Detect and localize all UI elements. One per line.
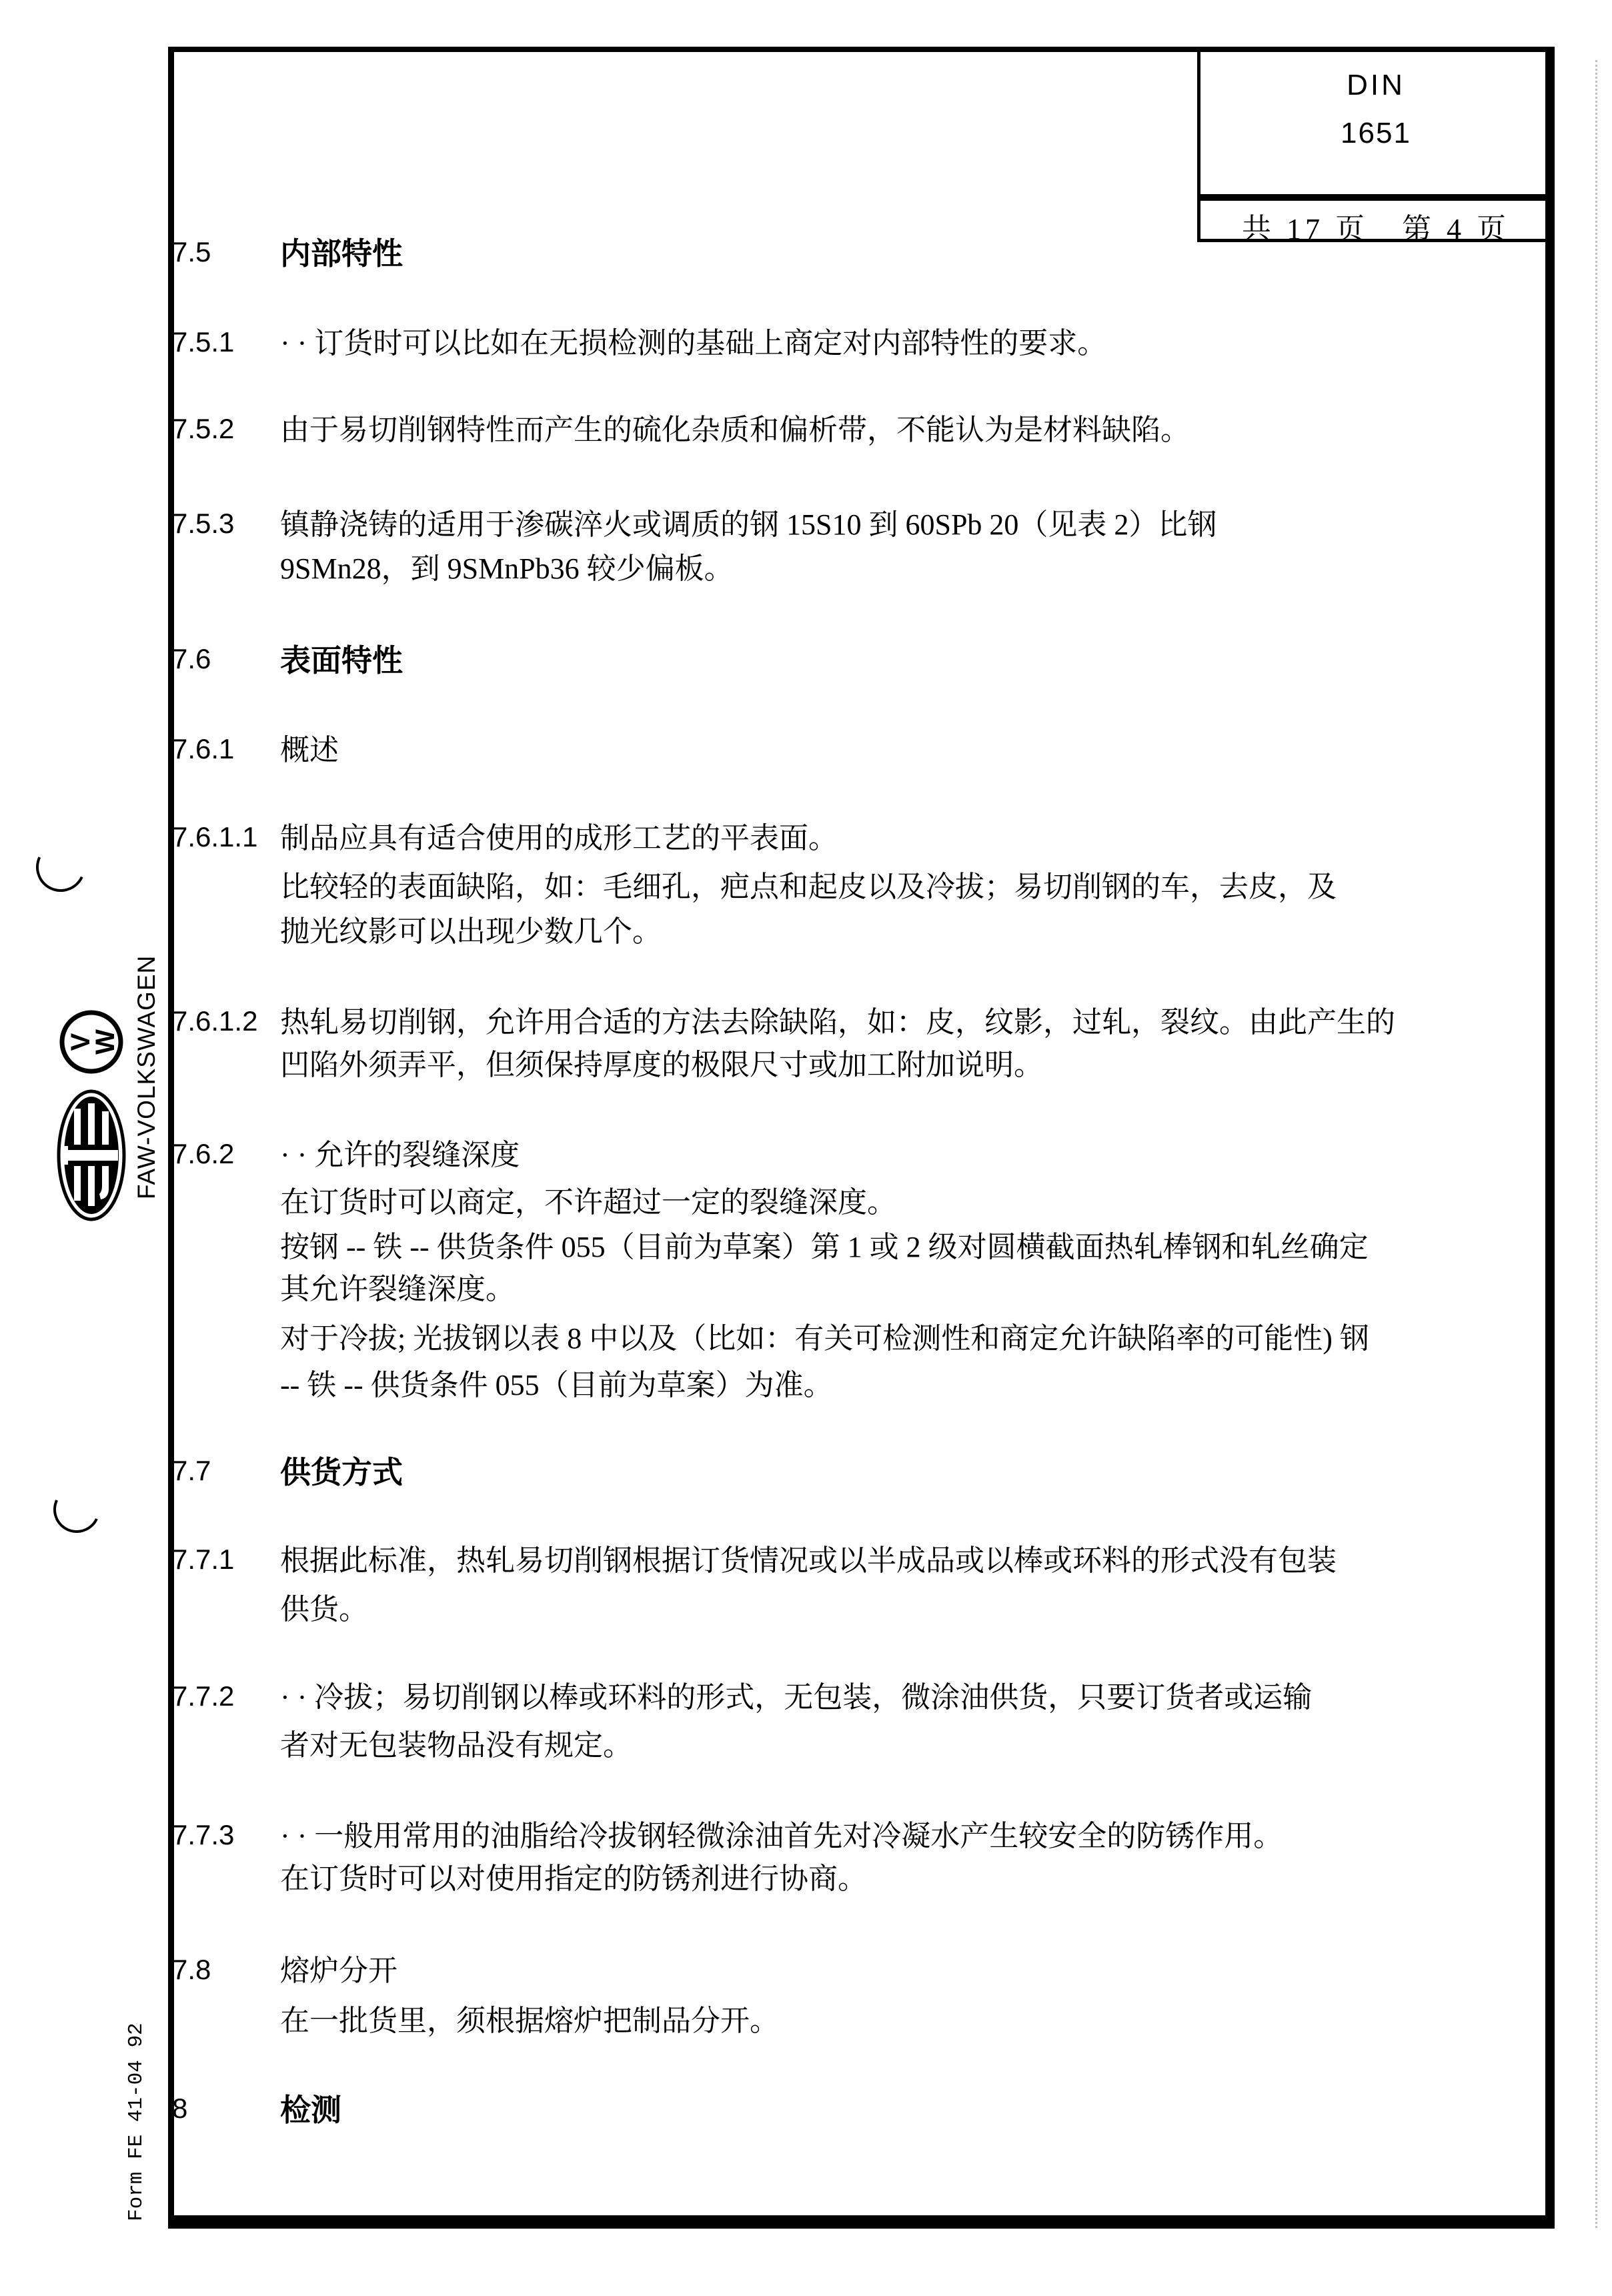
section-line: 凹陷外须弄平，但须保持厚度的极限尺寸或加工附加说明。 <box>280 1045 1043 1085</box>
page-number-box: 共 17 页 第 4 页 <box>1197 197 1555 242</box>
section-number: 7.5.1 <box>172 324 234 361</box>
punch-hole-artifact <box>47 1480 107 1540</box>
section-number: 7.7.3 <box>172 1816 234 1854</box>
section-number: 7.5.3 <box>172 505 234 542</box>
section-heading: 表面特性 <box>280 640 403 680</box>
standard-number: 1651 <box>1200 117 1551 150</box>
section-line: · · 订货时可以比如在无损检测的基础上商定对内部特性的要求。 <box>280 324 1106 364</box>
standard-org: DIN <box>1200 69 1551 102</box>
section-number: 7.6.2 <box>172 1135 234 1173</box>
section-line: 在订货时可以对使用指定的防锈剂进行协商。 <box>280 1859 867 1899</box>
section-number: 7.8 <box>172 1951 211 1988</box>
section-number: 7.5 <box>172 233 211 271</box>
section-line: 制品应具有适合使用的成形工艺的平表面。 <box>280 818 838 858</box>
faw-logo-icon <box>56 1089 127 1222</box>
section-line: 9SMn28，到 9SMnPb36 较少偏板。 <box>280 549 734 589</box>
section-line: 概述 <box>280 730 339 770</box>
section-number: 8 <box>172 2090 187 2127</box>
section-line: 对于冷拔; 光拔钢以表 8 中以及（比如：有关可检测性和商定允许缺陷率的可能性)… <box>280 1319 1369 1359</box>
section-line: 熔炉分开 <box>280 1951 397 1991</box>
section-number: 7.6.1.1 <box>172 818 257 856</box>
section-line: 抛光纹影可以出现少数几个。 <box>280 912 662 952</box>
section-heading: 内部特性 <box>280 233 403 273</box>
section-number: 7.7.1 <box>172 1541 234 1578</box>
section-line: · · 冷拔；易切削钢以棒或环料的形式，无包装，微涂油供货，只要订货者或运输 <box>280 1678 1312 1718</box>
section-line: 供货。 <box>280 1590 368 1630</box>
section-line: 比较轻的表面缺陷，如：毛细孔，疤点和起皮以及冷拔；易切削钢的车，去皮，及 <box>280 867 1337 907</box>
section-number: 7.6.1.2 <box>172 1003 257 1040</box>
section-number: 7.7 <box>172 1452 211 1490</box>
punch-hole-artifact <box>29 836 93 899</box>
section-number: 7.6.1 <box>172 730 234 768</box>
document-page: DIN 1651 共 17 页 第 4 页 V W F <box>0 0 1612 2296</box>
section-heading: 供货方式 <box>280 1452 403 1492</box>
brand-text: FAW-VOLKSWAGEN <box>133 975 160 1199</box>
section-number: 7.5.2 <box>172 410 234 448</box>
section-line: 在订货时可以商定，不许超过一定的裂缝深度。 <box>280 1183 896 1223</box>
section-line: 热轧易切削钢，允许用合适的方法去除缺陷，如：皮，纹影，过轧，裂纹。由此产生的 <box>280 1003 1395 1043</box>
section-line: 者对无包装物品没有规定。 <box>280 1726 632 1766</box>
section-number: 7.6 <box>172 640 211 678</box>
scan-noise-line <box>1595 60 1597 2228</box>
page-number-text: 共 17 页 第 4 页 <box>1200 205 1551 247</box>
section-line: 其允许裂缝深度。 <box>280 1269 515 1309</box>
section-line: 镇静浇铸的适用于渗碳淬火或调质的钢 15S10 到 60SPb 20（见表 2）… <box>280 505 1217 545</box>
standard-header-box: DIN 1651 <box>1197 47 1555 197</box>
section-number: 7.7.2 <box>172 1678 234 1715</box>
section-line: -- 铁 -- 供货条件 055（目前为草案）为准。 <box>280 1365 833 1405</box>
section-line: 在一批货里，须根据熔炉把制品分开。 <box>280 2001 779 2041</box>
form-number-text: Form FE 41-04 92 <box>124 2020 149 2221</box>
vw-logo-icon: V W <box>58 1009 125 1075</box>
section-line: 按钢 -- 铁 -- 供货条件 055（目前为草案）第 1 或 2 级对圆横截面… <box>280 1227 1369 1267</box>
section-line: · · 允许的裂缝深度 <box>280 1135 520 1175</box>
section-heading: 检测 <box>280 2090 341 2130</box>
vw-letter-w: W <box>91 1029 120 1055</box>
section-line: 根据此标准，热轧易切削钢根据订货情况或以半成品或以棒或环料的形式没有包装 <box>280 1541 1337 1581</box>
section-line: · · 一般用常用的油脂给冷拔钢轻微涂油首先对冷凝水产生较安全的防锈作用。 <box>280 1816 1283 1856</box>
section-line: 由于易切削钢特性而产生的硫化杂质和偏析带，不能认为是材料缺陷。 <box>280 410 1190 450</box>
